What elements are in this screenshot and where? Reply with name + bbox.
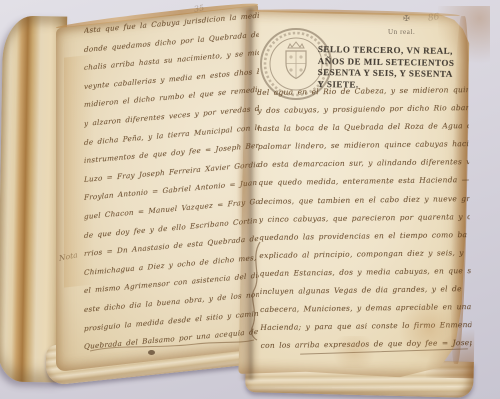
right-page-text: del agua en el Rio de Cabeza, y se midie… bbox=[257, 81, 472, 355]
right-page-number: 86 bbox=[427, 12, 440, 24]
left-page-text: Asta que fue la Cabuya jurisdicion la me… bbox=[84, 7, 259, 357]
flourish-underline bbox=[88, 338, 258, 354]
tax-denomination-label: Un real. bbox=[388, 28, 415, 36]
fleuron-cross-icon: ✠ bbox=[403, 14, 410, 23]
margin-brace bbox=[247, 240, 263, 342]
manuscript-photo: 35 Asta que fue la Cabuya jurisdicion la… bbox=[0, 0, 500, 399]
manuscript-line: que quedo medida, enteramente esta Hacie… bbox=[258, 172, 469, 193]
